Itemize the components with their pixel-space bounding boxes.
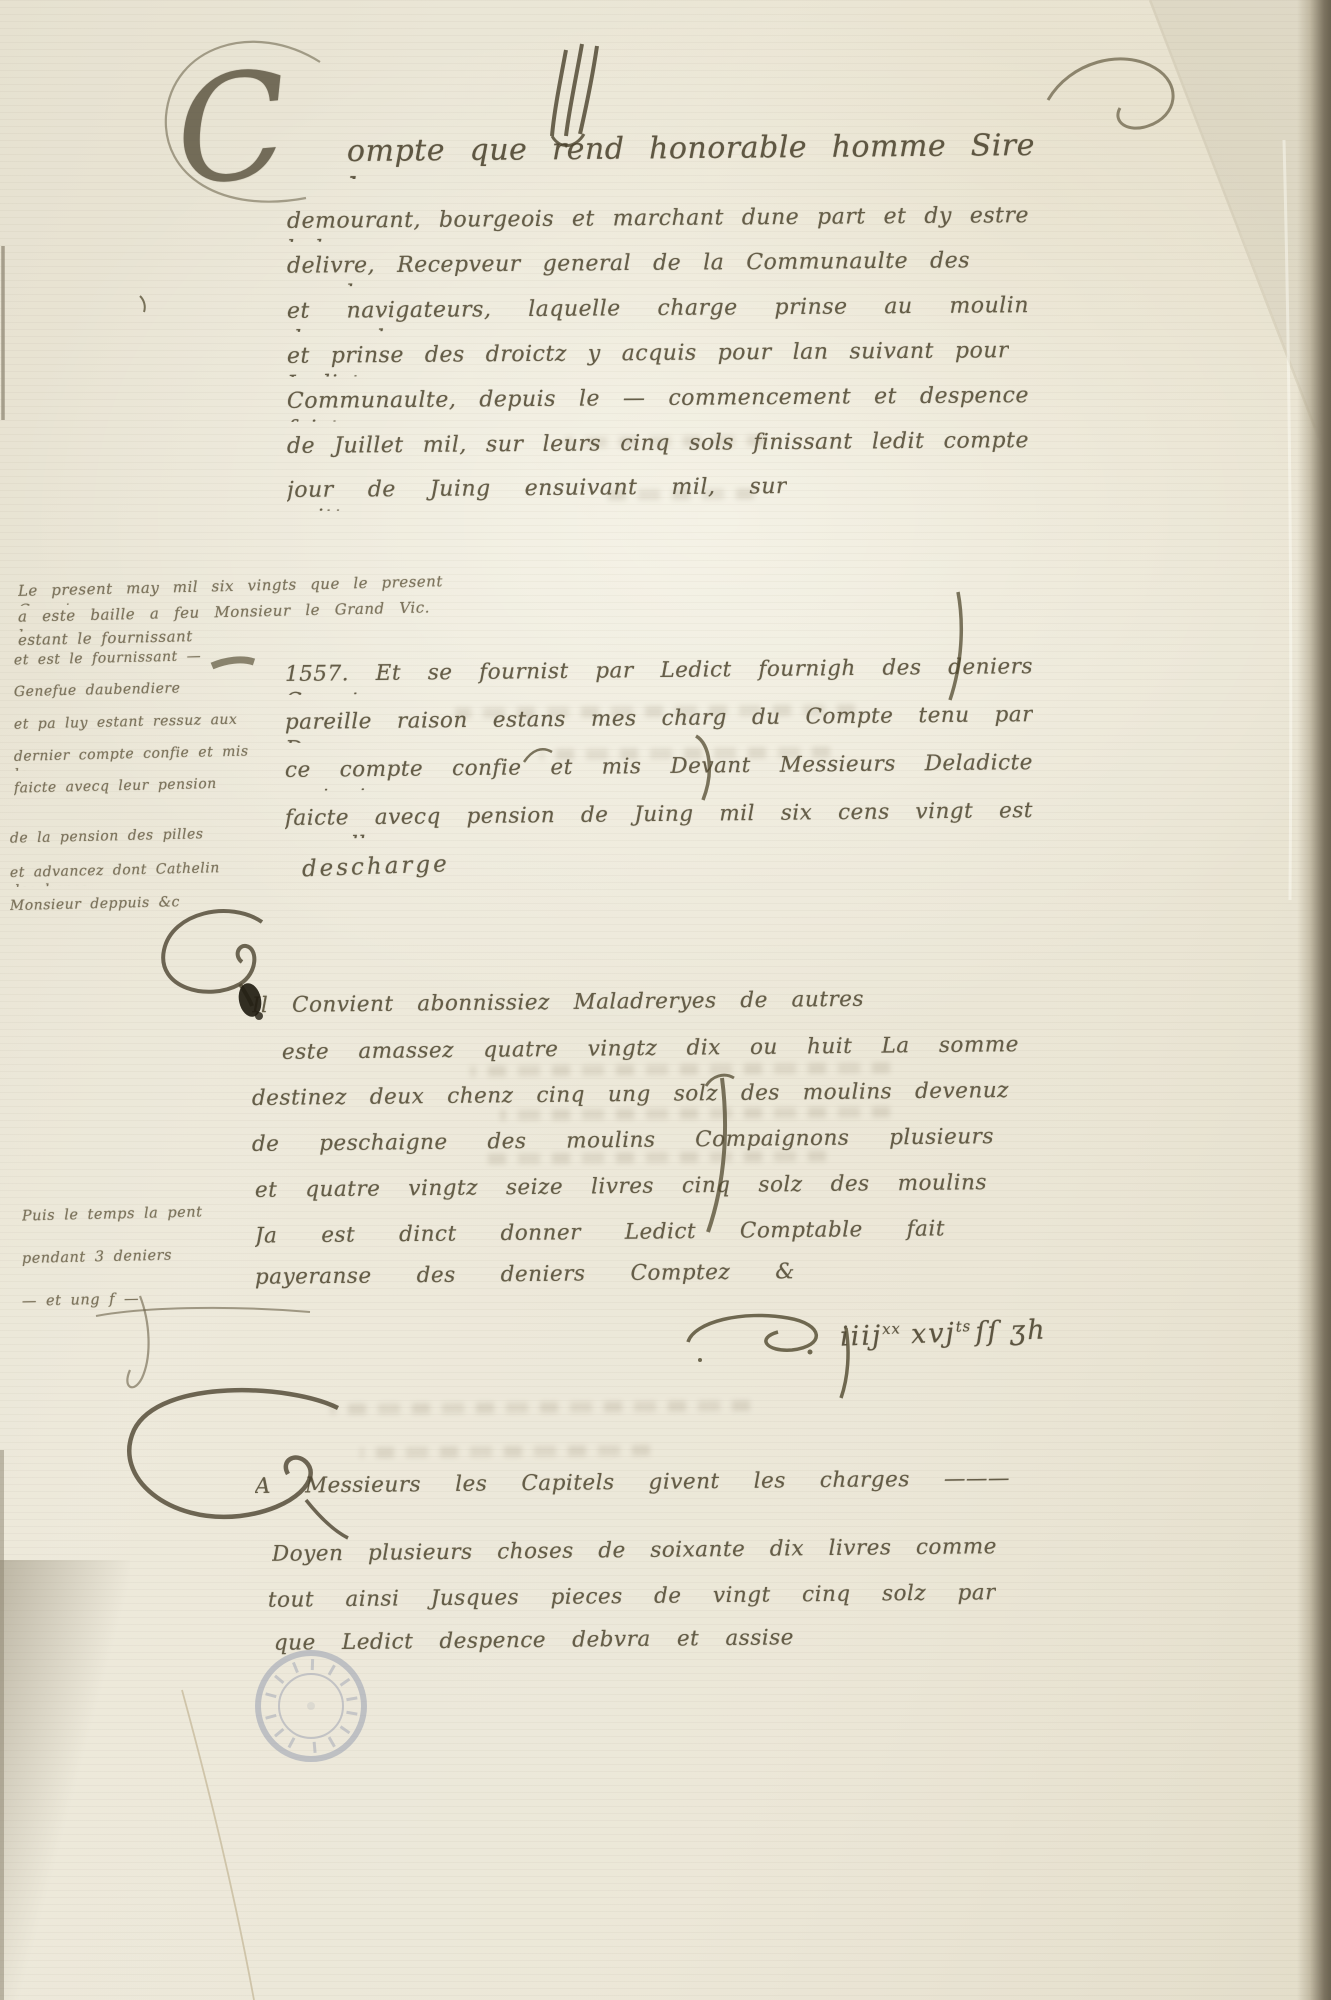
body-line: que Ledict despence debvra et assise <box>274 1625 794 1663</box>
sum-tail: ſſ ʒh <box>975 1314 1047 1347</box>
opening-line: demourant, bourgeois et marchant dune pa… <box>287 202 1029 242</box>
bleedthrough-ghost <box>360 1445 650 1459</box>
margin-note-line: dernier compte confie et mis le <box>14 743 264 771</box>
body-line: este amassez quatre vingtz dix ou huit L… <box>282 1032 1019 1073</box>
opening-line: et navigateurs, laquelle charge prinse a… <box>287 292 1029 332</box>
margin-note-line: et advancez dont Cathelin descharge <box>10 859 270 887</box>
body-line: tout ainsi Jusques pieces de vingt cinq … <box>268 1580 996 1621</box>
body-line: destinez deux chenz cinq ung solz des mo… <box>252 1078 1009 1119</box>
bleedthrough-ghost <box>330 1400 750 1415</box>
body-line: et quatre vingtz seize livres cinq solz … <box>255 1170 987 1211</box>
margin-note-line: Monsieur deppuis &c <box>10 894 190 920</box>
body-line: pareille raison estans mes charg du Comp… <box>285 702 1033 743</box>
margin-note-line: pendant 3 deniers <box>22 1246 195 1274</box>
large-loop-flourish <box>129 1390 348 1538</box>
sum-base: xvj <box>911 1318 957 1351</box>
body-line: 1557. Et se fournist par Ledict fournigh… <box>285 654 1033 695</box>
margin-note-line: Puis le temps la pent <box>22 1203 242 1232</box>
margin-note-line: et pa luy estant ressuz aux <box>14 711 254 738</box>
opening-line: de Juillet mil, sur leurs cinq sols fini… <box>287 427 1029 467</box>
body-line: ce compte confie et mis Devant Messieurs… <box>285 750 1033 791</box>
stamp-ring-marks <box>266 1659 358 1753</box>
body-line: Doyen plusieurs choses de soixante dix l… <box>272 1534 997 1575</box>
margin-note-line: et est le fournissant — <box>14 648 234 675</box>
top-right-curl-flourish <box>1048 59 1173 128</box>
archive-stamp <box>258 1653 364 1759</box>
opening-line: Communaulte, depuis le — commencement et… <box>287 382 1029 422</box>
sum-superscript: ts <box>955 1317 971 1336</box>
body-line: A Messieurs les Capitels givent les char… <box>255 1466 1010 1507</box>
body-line: Ja est dinct donner Ledict Comptable fai… <box>255 1216 945 1256</box>
opening-line: delivre, Recepveur general de la Communa… <box>287 247 970 286</box>
body-line: de peschaigne des moulins Compaignons pl… <box>252 1124 994 1165</box>
margin-note-line: de la pension des pilles <box>10 825 240 852</box>
section-closing-word: descharge <box>301 849 492 890</box>
margin-note-line: — et ung f — <box>22 1289 178 1317</box>
sum-base: iiij <box>840 1320 883 1352</box>
body-line: faicte avecq pension de Juing mil six ce… <box>285 798 1033 839</box>
heading-line: ompte que rend honorable homme Sire he —… <box>347 127 1035 179</box>
manuscript-page: C ompte que rend honorable homme Sire he… <box>0 0 1331 2000</box>
page-edge-right <box>1297 0 1331 2000</box>
opening-line: jour de Juing ensuivant mil, sur quittan… <box>287 473 787 511</box>
fold-crease-bottom <box>182 1690 254 2000</box>
loop-flourish-and-ink-blot <box>163 911 264 1020</box>
margin-note-line: faicte avecq leur pension <box>14 775 238 802</box>
margin-note-line: Genefue daubendiere <box>14 680 204 706</box>
page-edge-shadow-bottom-left <box>0 1560 130 2000</box>
sum-amount: iiijxxxvjtsſſ ʒh <box>840 1314 1048 1352</box>
sum-flourish <box>688 1315 848 1398</box>
body-line: Il Convient abonnissiez Maladreryes de a… <box>252 987 864 1026</box>
decorated-initial-c: C <box>170 51 294 206</box>
opening-line: et prinse des droictz y acquis pour lan … <box>287 337 1009 377</box>
sum-superscript: xx <box>882 1319 901 1338</box>
body-line: payeranse des deniers Comptez & <box>255 1259 795 1298</box>
